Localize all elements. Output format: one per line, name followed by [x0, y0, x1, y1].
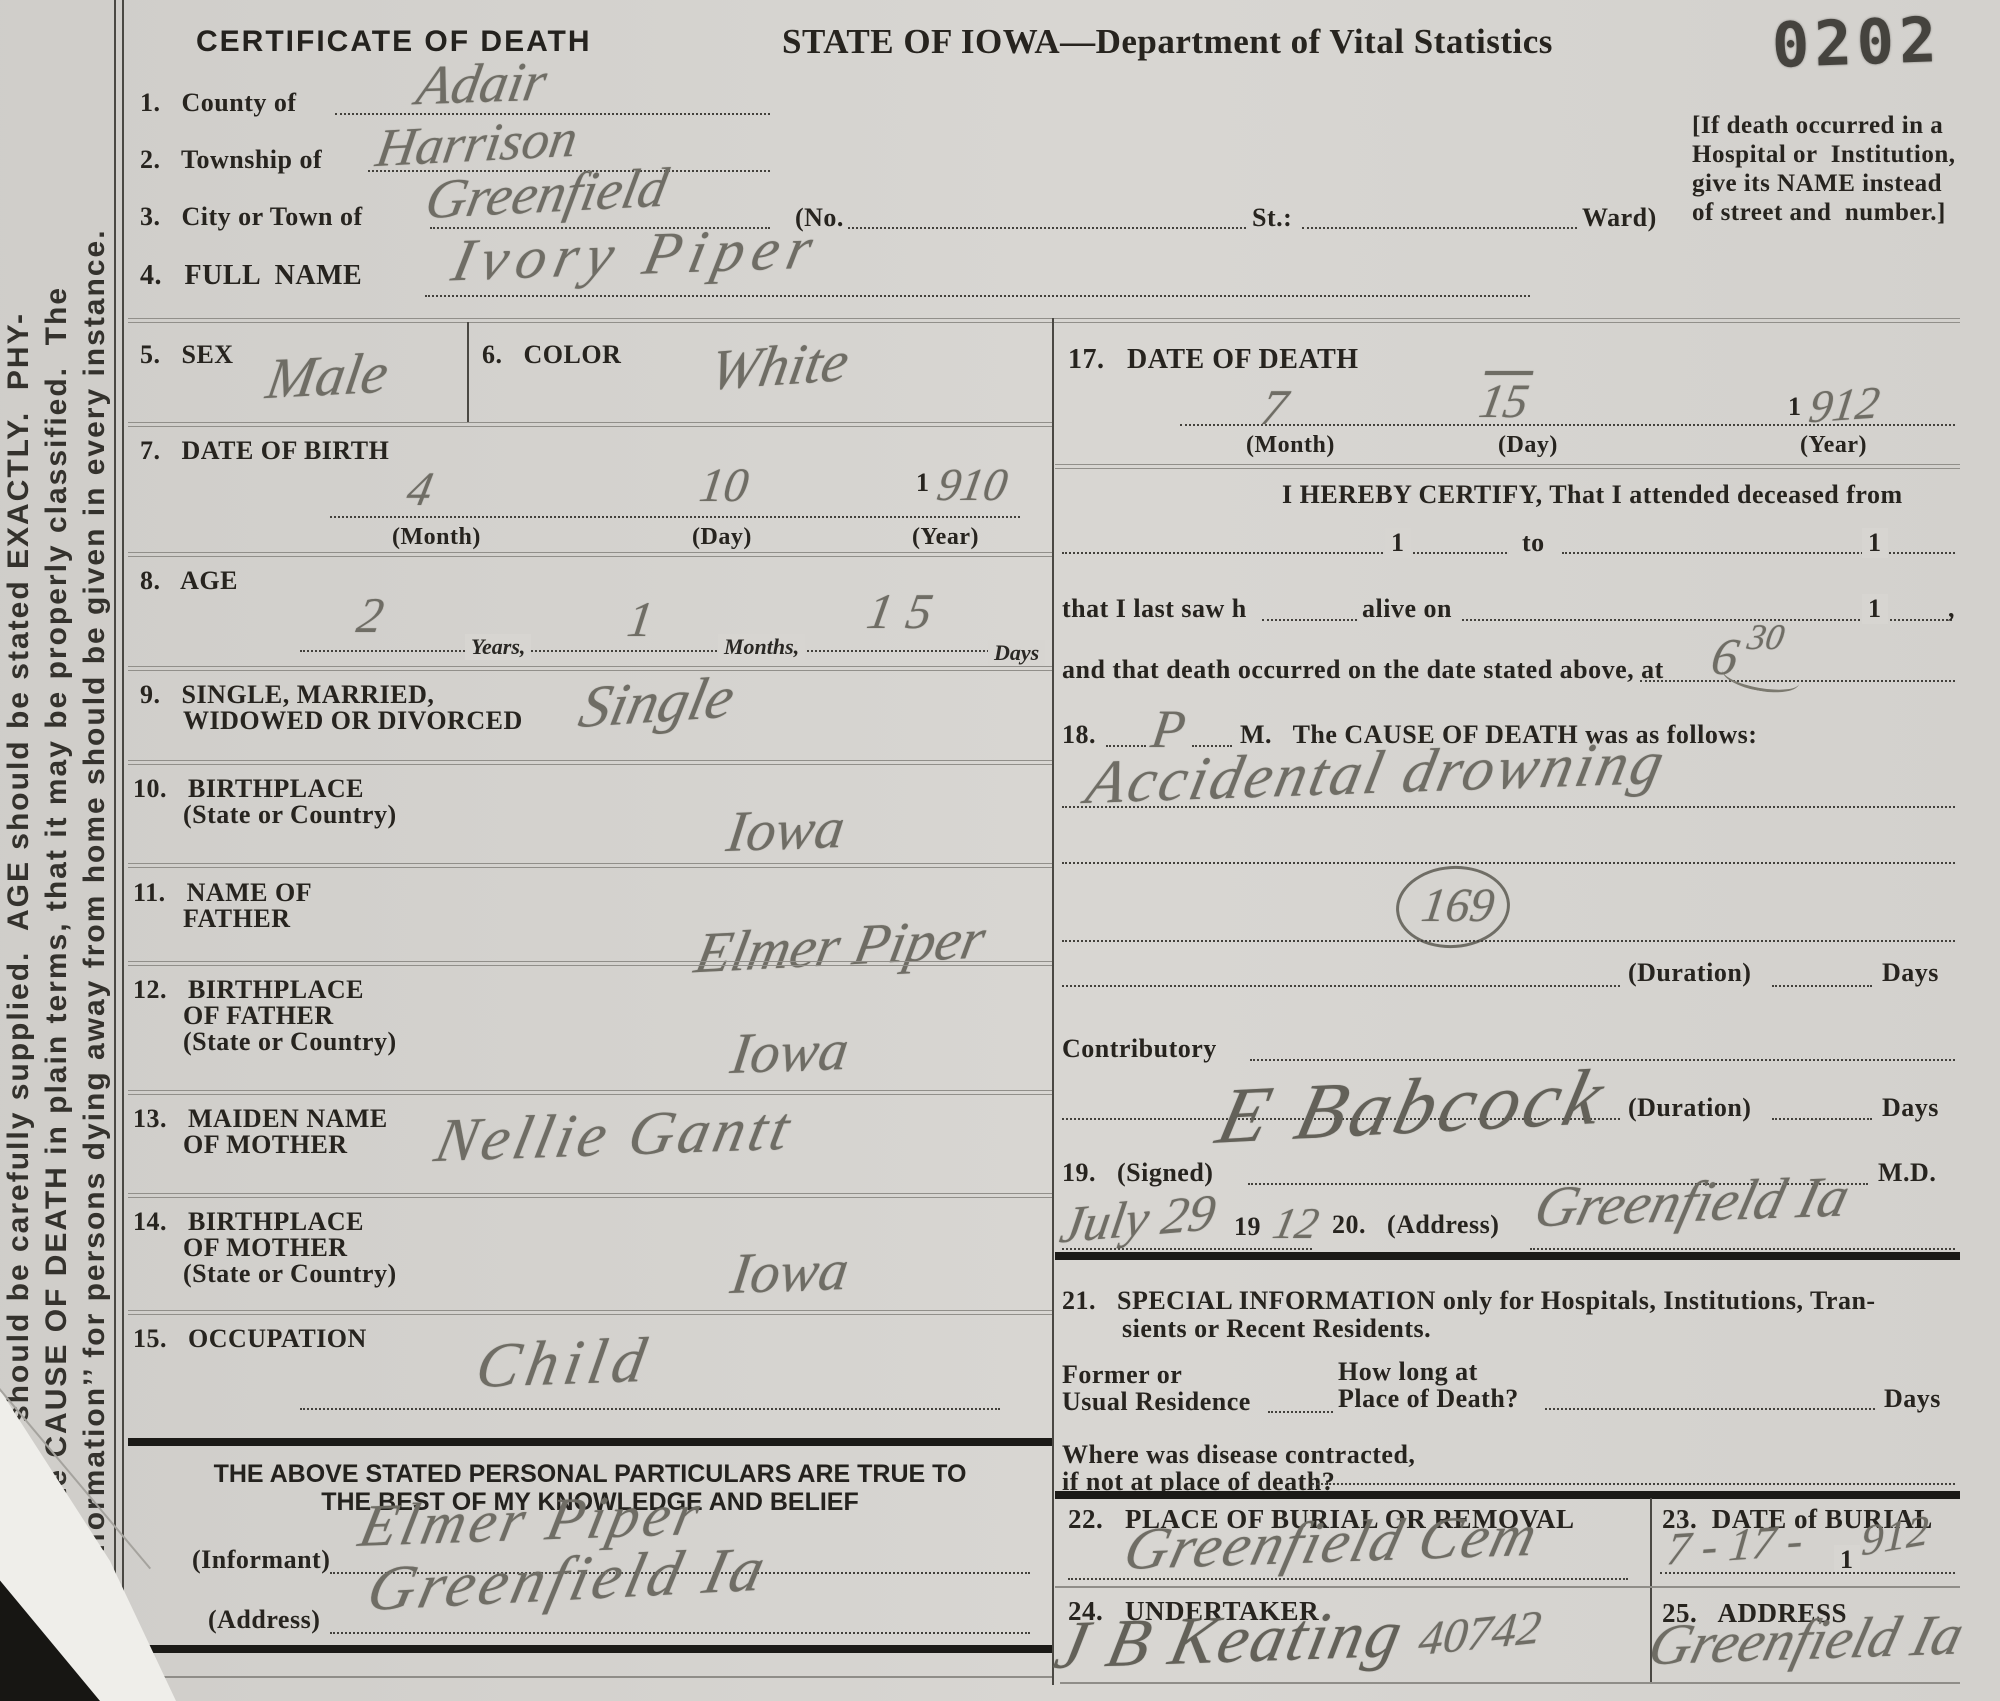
particulars-bottom-rule — [128, 1645, 1052, 1653]
field-13-mother-label-2: OF MOTHER — [183, 1130, 348, 1160]
field-15-dotted-line — [300, 1408, 1000, 1410]
death-occurred-label: and that death occurred on the date stat… — [1062, 655, 1664, 685]
informant-address-label: (Address) — [208, 1605, 320, 1635]
field-10-birthplace-label-2: (State or Country) — [183, 800, 397, 830]
row-rule-father-bp — [128, 1090, 1052, 1095]
informant-label: (Informant) — [192, 1545, 330, 1575]
field-15-occupation-value: Child — [471, 1323, 658, 1403]
row-rule-sex — [128, 422, 1052, 427]
field-4-fullname-label: 4. FULL NAME — [140, 260, 362, 292]
field-12-father-bp-value: Iowa — [727, 1016, 853, 1087]
section-21-top-rule — [1055, 1252, 1960, 1260]
cause-dotted-line-1 — [1062, 806, 1955, 808]
field-24-undertaker-value: J B Keating — [1048, 1594, 1411, 1685]
field-23-burial-date-pre: 7 - 17 - — [1665, 1513, 1806, 1575]
street-dotted-line — [1302, 227, 1577, 229]
former-residence-label-2: Usual Residence — [1062, 1387, 1251, 1417]
how-long-label-1: How long at — [1338, 1357, 1478, 1387]
state-title: STATE OF IOWA—Department of Vital Statis… — [782, 22, 1553, 62]
field-7-year-caption: (Year) — [912, 524, 979, 551]
margin-instruction-line-3: ecial Information’’ for persons dying aw… — [78, 228, 112, 1660]
field-19-signed-label: 19. (Signed) — [1062, 1158, 1213, 1188]
death-certificate-scan: m of information should be carefully sup… — [0, 0, 2000, 1701]
field-25-address-value: Greenfield Ia — [1642, 1601, 1970, 1679]
signed-year-hw: 12 — [1269, 1198, 1324, 1249]
how-long-days-label: Days — [1884, 1384, 1941, 1414]
section-22-top-rule — [1055, 1491, 1960, 1499]
field-17-day-value: 15 — [1475, 374, 1533, 429]
sidebar-rule-outer — [114, 0, 116, 1701]
field-14-mother-bp-value: Iowa — [727, 1236, 853, 1307]
former-residence-label-1: Former or — [1062, 1360, 1182, 1390]
duration-1-dotted-line — [1062, 985, 1620, 987]
field-7-year-prefix: 1 — [916, 468, 930, 498]
field-8-years-value: 2 — [353, 586, 388, 644]
cause-code-value: 169 — [1418, 878, 1498, 933]
right-bottom-line — [1060, 1682, 1960, 1684]
duration-1-dotted-2 — [1772, 985, 1872, 987]
field-15-occupation-label: 15. OCCUPATION — [133, 1324, 367, 1354]
street-no-dotted-line — [848, 227, 1246, 229]
field-8-days-value: 15 — [863, 582, 951, 640]
how-long-dotted — [1545, 1408, 1875, 1410]
row-rule-dob — [128, 552, 1052, 557]
row-rule-marital — [128, 760, 1052, 765]
field-9-marital-value: Single — [573, 663, 741, 742]
sidebar-rule-inner — [122, 0, 124, 1701]
code-dotted-line — [1062, 940, 1955, 942]
cause-dotted-line-2 — [1062, 862, 1955, 864]
left-bottom-line — [128, 1676, 1052, 1678]
field-21-label-2: sients or Recent Residents. — [1122, 1314, 1431, 1344]
attended-from-dotted-line — [1062, 552, 1507, 554]
last-saw-dotted-1 — [1262, 619, 1357, 621]
certify-statement: I HEREBY CERTIFY, That I attended deceas… — [1282, 480, 1903, 510]
field-7-month-value: 4 — [402, 462, 438, 517]
particulars-top-rule — [128, 1438, 1052, 1446]
field-23-year-prefix: 1 — [1834, 1545, 1860, 1575]
last-saw-year-one: 1 — [1862, 594, 1888, 624]
field-17-year-caption: (Year) — [1800, 432, 1867, 459]
field-7-dob-label: 7. DATE OF BIRTH — [140, 436, 389, 466]
field-24-undertaker-number: 40742 — [1416, 1600, 1544, 1667]
street-label: St.: — [1252, 203, 1292, 233]
field-20-address-label: 20. (Address) — [1332, 1210, 1499, 1240]
signed-date-value: July 29 — [1056, 1184, 1220, 1256]
field-13-mother-value: Nellie Gantt — [429, 1094, 800, 1177]
disease-contracted-label-1: Where was disease contracted, — [1062, 1440, 1415, 1470]
alive-on-label: alive on — [1362, 594, 1452, 624]
row-rule-dod — [1055, 464, 1960, 469]
field-17-month-caption: (Month) — [1246, 432, 1335, 459]
former-residence-dotted — [1268, 1411, 1333, 1413]
field-17-dotted-line — [1180, 424, 1955, 426]
field-17-dod-label: 17. DATE OF DEATH — [1068, 344, 1359, 376]
certificate-number-stamp: 0202 — [1771, 3, 1943, 82]
last-saw-comma: , — [1948, 594, 1955, 624]
field-5-sex-label: 5. SEX — [140, 340, 234, 370]
hospital-note-line-4: of street and number.] — [1692, 199, 1946, 227]
attended-to-year-one: 1 — [1862, 528, 1888, 558]
death-time-superscript: 30 — [1744, 616, 1787, 658]
hospital-note-line-1: [If death occurred in a — [1692, 112, 1943, 140]
field-17-day-caption: (Day) — [1498, 432, 1558, 459]
md-label: M.D. — [1878, 1158, 1936, 1188]
last-saw-label: that I last saw h — [1062, 594, 1247, 624]
field-7-month-caption: (Month) — [392, 524, 481, 551]
field-4-fullname-value: Ivory Piper — [446, 214, 827, 296]
how-long-label-2: Place of Death? — [1338, 1384, 1519, 1414]
field-8-age-label: 8. AGE — [140, 566, 238, 596]
field-1-county-value: Adair — [412, 50, 552, 118]
field-8-dotted-line — [300, 650, 1000, 652]
field-18-number: 18. — [1062, 720, 1096, 750]
field-23-year-value: 912 — [1860, 1505, 1929, 1567]
field-9-marital-label-2: WIDOWED OR DIVORCED — [183, 706, 523, 736]
sex-color-divider — [467, 322, 469, 422]
duration-2-days-label: Days — [1882, 1093, 1939, 1123]
field-17-year-prefix: 1 — [1788, 392, 1802, 422]
attended-to-dotted-line — [1562, 552, 1955, 554]
attended-to-label: to — [1522, 528, 1545, 558]
field-17-month-value: 7 — [1257, 378, 1292, 436]
attended-from-year-one: 1 — [1385, 528, 1411, 558]
disease-contracted-dotted — [1312, 1483, 1955, 1485]
field-8-months-value: 1 — [624, 590, 657, 648]
field-7-year-value: 910 — [933, 458, 1011, 511]
row-rule-father — [128, 961, 1052, 966]
field-22-dotted-line — [1068, 1578, 1628, 1580]
field-7-day-value: 10 — [696, 458, 752, 513]
column-divider — [1052, 318, 1054, 1685]
row-rule-birthplace — [128, 863, 1052, 868]
duration-1-days-label: Days — [1882, 958, 1939, 988]
field-6-color-label: 6. COLOR — [482, 340, 621, 370]
field-23-dotted-line — [1660, 1572, 1955, 1574]
field-8-months-caption: Months, — [718, 634, 805, 660]
hospital-note-line-2: Hospital or Institution, — [1692, 141, 1955, 169]
field-3-city-label: 3. City or Town of — [140, 202, 363, 232]
row-rule-mother-bp — [128, 1310, 1052, 1315]
field-7-day-caption: (Day) — [692, 524, 752, 551]
signed-date-dotted-line — [1062, 1248, 1312, 1250]
burial-row-rule — [1055, 1586, 1960, 1588]
hospital-note-line-3: give its NAME instead — [1692, 170, 1942, 198]
signed-year-print: 19 — [1234, 1212, 1261, 1242]
time-underline-flourish — [1720, 655, 1802, 697]
header-separator-rule — [128, 318, 1960, 323]
field-21-label-1: 21. SPECIAL INFORMATION only for Hospita… — [1062, 1286, 1876, 1316]
row-rule-age — [128, 666, 1052, 671]
field-22-burial-value: Greenfield Cem — [1117, 1501, 1546, 1584]
contributory-label: Contributory — [1062, 1034, 1217, 1064]
field-6-color-value: White — [705, 327, 854, 403]
field-7-dotted-line — [330, 516, 1020, 518]
field-4-dotted-line — [425, 295, 1530, 297]
duration-1-label: (Duration) — [1628, 958, 1751, 988]
row-rule-mother — [128, 1193, 1052, 1198]
field-10-birthplace-value: Iowa — [723, 794, 849, 865]
field-1-county-label: 1. County of — [140, 88, 297, 118]
duration-2-dotted-2 — [1772, 1118, 1872, 1120]
ward-label: Ward) — [1582, 203, 1657, 233]
field-8-days-caption: Days — [988, 640, 1045, 666]
duration-2-label: (Duration) — [1628, 1093, 1751, 1123]
field-8-years-caption: Years, — [465, 634, 531, 660]
field-11-father-value: Elmer Piper — [690, 905, 992, 987]
physician-signature-value: E Babcock — [1209, 1052, 1616, 1163]
informant-address-dotted-line — [330, 1632, 1030, 1634]
field-12-father-bp-label-3: (State or Country) — [183, 1027, 397, 1057]
field-5-sex-value: Male — [262, 339, 393, 412]
field-20-address-value: Greenfield Ia — [1528, 1163, 1856, 1241]
field-11-father-label-2: FATHER — [183, 904, 290, 934]
field-14-mother-bp-label-3: (State or Country) — [183, 1259, 397, 1289]
field-2-township-label: 2. Township of — [140, 145, 322, 175]
field-20-dotted-line — [1530, 1248, 1955, 1250]
